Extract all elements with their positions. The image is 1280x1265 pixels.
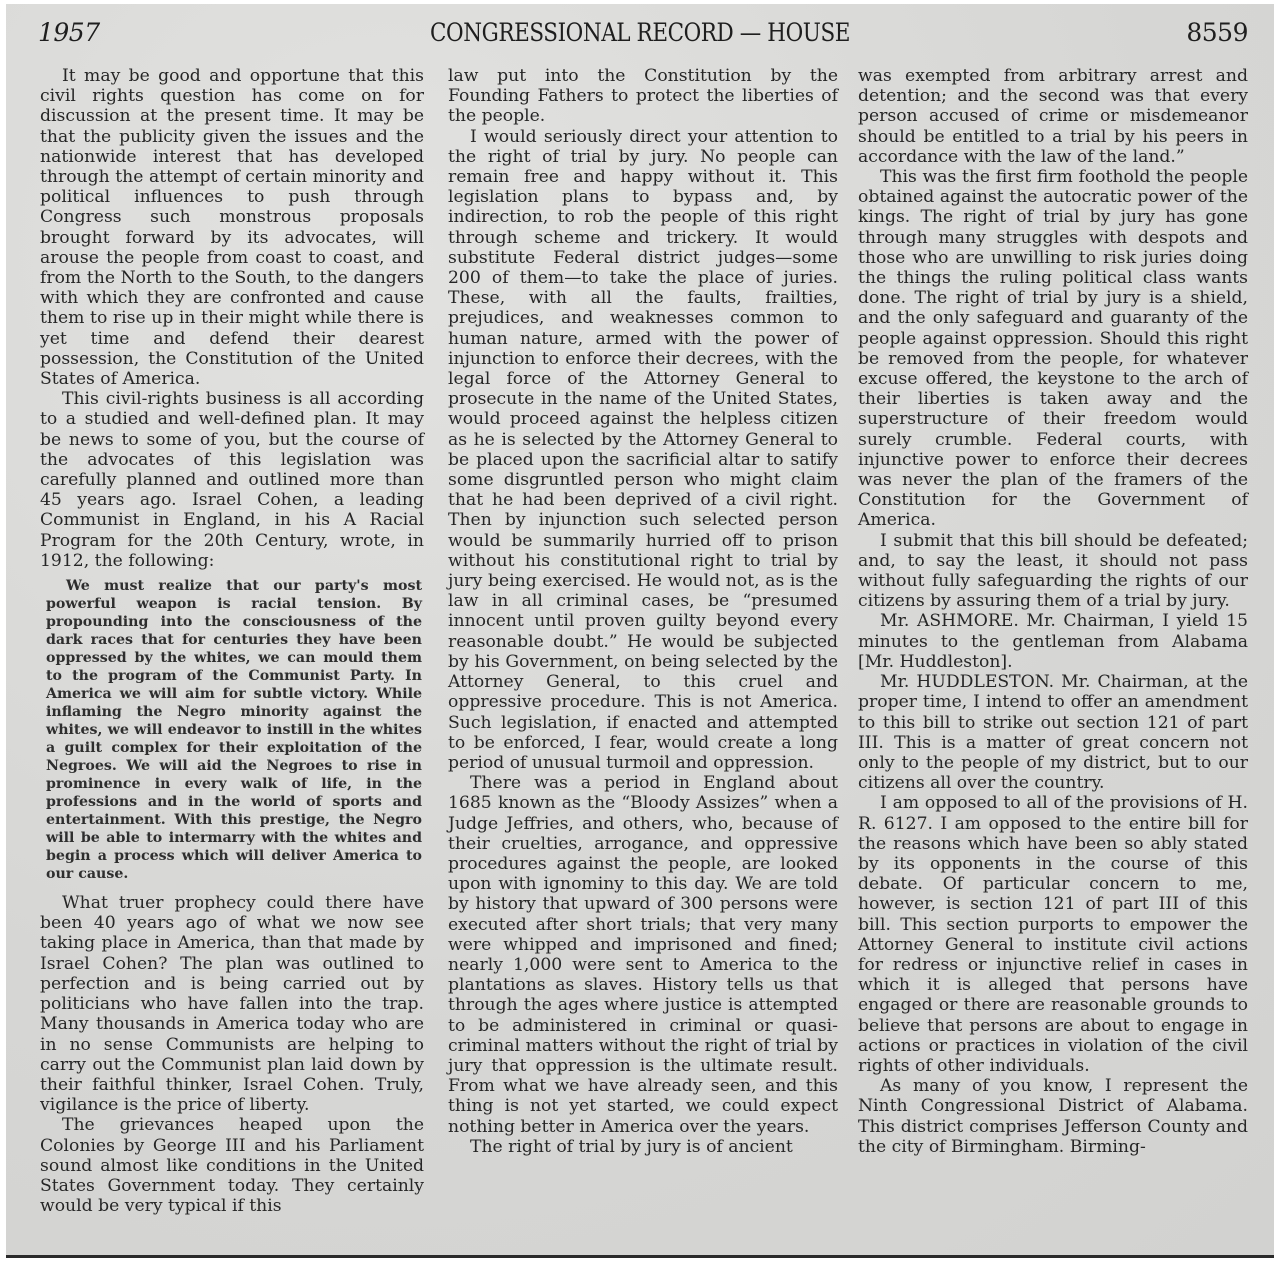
header-year: 1957 <box>38 18 100 47</box>
page-header: 1957 CONGRESSIONAL RECORD — HOUSE 8559 <box>6 14 1274 54</box>
bottom-rule-divider <box>6 1255 1274 1258</box>
paragraph: This civil-rights business is all accord… <box>40 389 424 571</box>
paragraph: Mr. ASHMORE. Mr. Chairman, I yield 15 mi… <box>858 611 1248 672</box>
newspaper-page: 1957 CONGRESSIONAL RECORD — HOUSE 8559 I… <box>6 4 1274 1257</box>
paragraph: I submit that this bill should be defeat… <box>858 531 1248 612</box>
paragraph: What truer prophecy could there have bee… <box>40 893 424 1115</box>
paragraph: This was the first firm foothold the peo… <box>858 167 1248 531</box>
block-quote: We must realize that our party's most po… <box>46 577 422 883</box>
paragraph: There was a period in England about 1685… <box>448 773 838 1137</box>
page-number: 8559 <box>1186 18 1248 47</box>
publication-title: CONGRESSIONAL RECORD — HOUSE <box>95 18 1185 47</box>
column-1: It may be good and opportune that this c… <box>40 66 424 1216</box>
paragraph: The grievances heaped upon the Colonies … <box>40 1115 424 1216</box>
paragraph: As many of you know, I represent the Nin… <box>858 1076 1248 1157</box>
paragraph: I am opposed to all of the provisions of… <box>858 793 1248 1076</box>
column-2: law put into the Constitution by the Fou… <box>448 66 838 1157</box>
paragraph-continued: law put into the Constitution by the Fou… <box>448 66 838 127</box>
paragraph: Mr. HUDDLESTON. Mr. Chairman, at the pro… <box>858 672 1248 793</box>
paragraph: The right of trial by jury is of ancient <box>448 1137 838 1157</box>
paragraph-continued: was exempted from arbitrary arrest and d… <box>858 66 1248 167</box>
column-3: was exempted from arbitrary arrest and d… <box>858 66 1248 1157</box>
paragraph: It may be good and opportune that this c… <box>40 66 424 389</box>
paragraph: I would seriously direct your attention … <box>448 127 838 774</box>
